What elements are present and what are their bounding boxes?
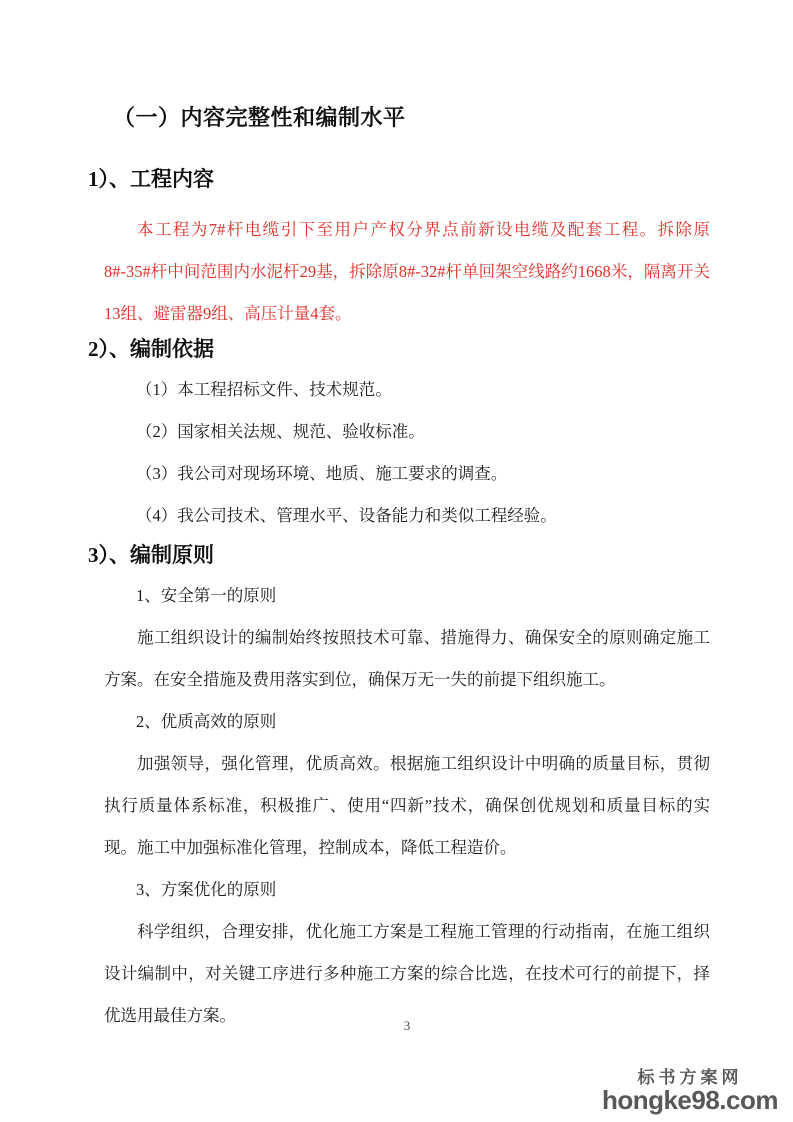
principle-subheading-safety-first: 1、安全第一的原则 xyxy=(136,575,710,617)
section-heading-compilation-basis: 2）、编制依据 xyxy=(88,335,710,363)
document-title: （一）内容完整性和编制水平 xyxy=(113,102,710,134)
principle-paragraph-safety-first: 施工组织设计的编制始终按照技术可靠、措施得力、确保安全的原则确定施工方案。在安全… xyxy=(104,617,710,701)
principle-paragraph-quality-efficiency: 加强领导，强化管理，优质高效。根据施工组织设计中明确的质量目标，贯彻执行质量体系… xyxy=(104,743,710,869)
document-content: （一）内容完整性和编制水平 1）、工程内容 本工程为7#杆电缆引下至用户产权分界… xyxy=(104,0,710,1037)
list-item-1: （1）本工程招标文件、技术规范。 xyxy=(136,369,710,411)
list-item-3: （3）我公司对现场环境、地质、施工要求的调查。 xyxy=(136,453,710,495)
section-heading-project-content: 1）、工程内容 xyxy=(88,165,710,193)
list-item-4: （4）我公司技术、管理水平、设备能力和类似工程经验。 xyxy=(136,495,710,537)
compilation-basis-list: （1）本工程招标文件、技术规范。 （2）国家相关法规、规范、验收标准。 （3）我… xyxy=(104,369,710,537)
section-heading-compilation-principles: 3）、编制原则 xyxy=(88,541,710,569)
list-item-2: （2）国家相关法规、规范、验收标准。 xyxy=(136,411,710,453)
principle-subheading-quality-efficiency: 2、优质高效的原则 xyxy=(136,701,710,743)
project-content-paragraph: 本工程为7#杆电缆引下至用户产权分界点前新设电缆及配套工程。拆除原8#-35#杆… xyxy=(104,209,710,335)
document-page: （一）内容完整性和编制水平 1）、工程内容 本工程为7#杆电缆引下至用户产权分界… xyxy=(0,0,793,1122)
principle-subheading-plan-optimization: 3、方案优化的原则 xyxy=(136,869,710,911)
page-number: 3 xyxy=(104,1018,710,1034)
watermark-site-url: hongke98.com xyxy=(602,1088,778,1112)
watermark: 标书方案网 hongke98.com xyxy=(602,1068,778,1112)
